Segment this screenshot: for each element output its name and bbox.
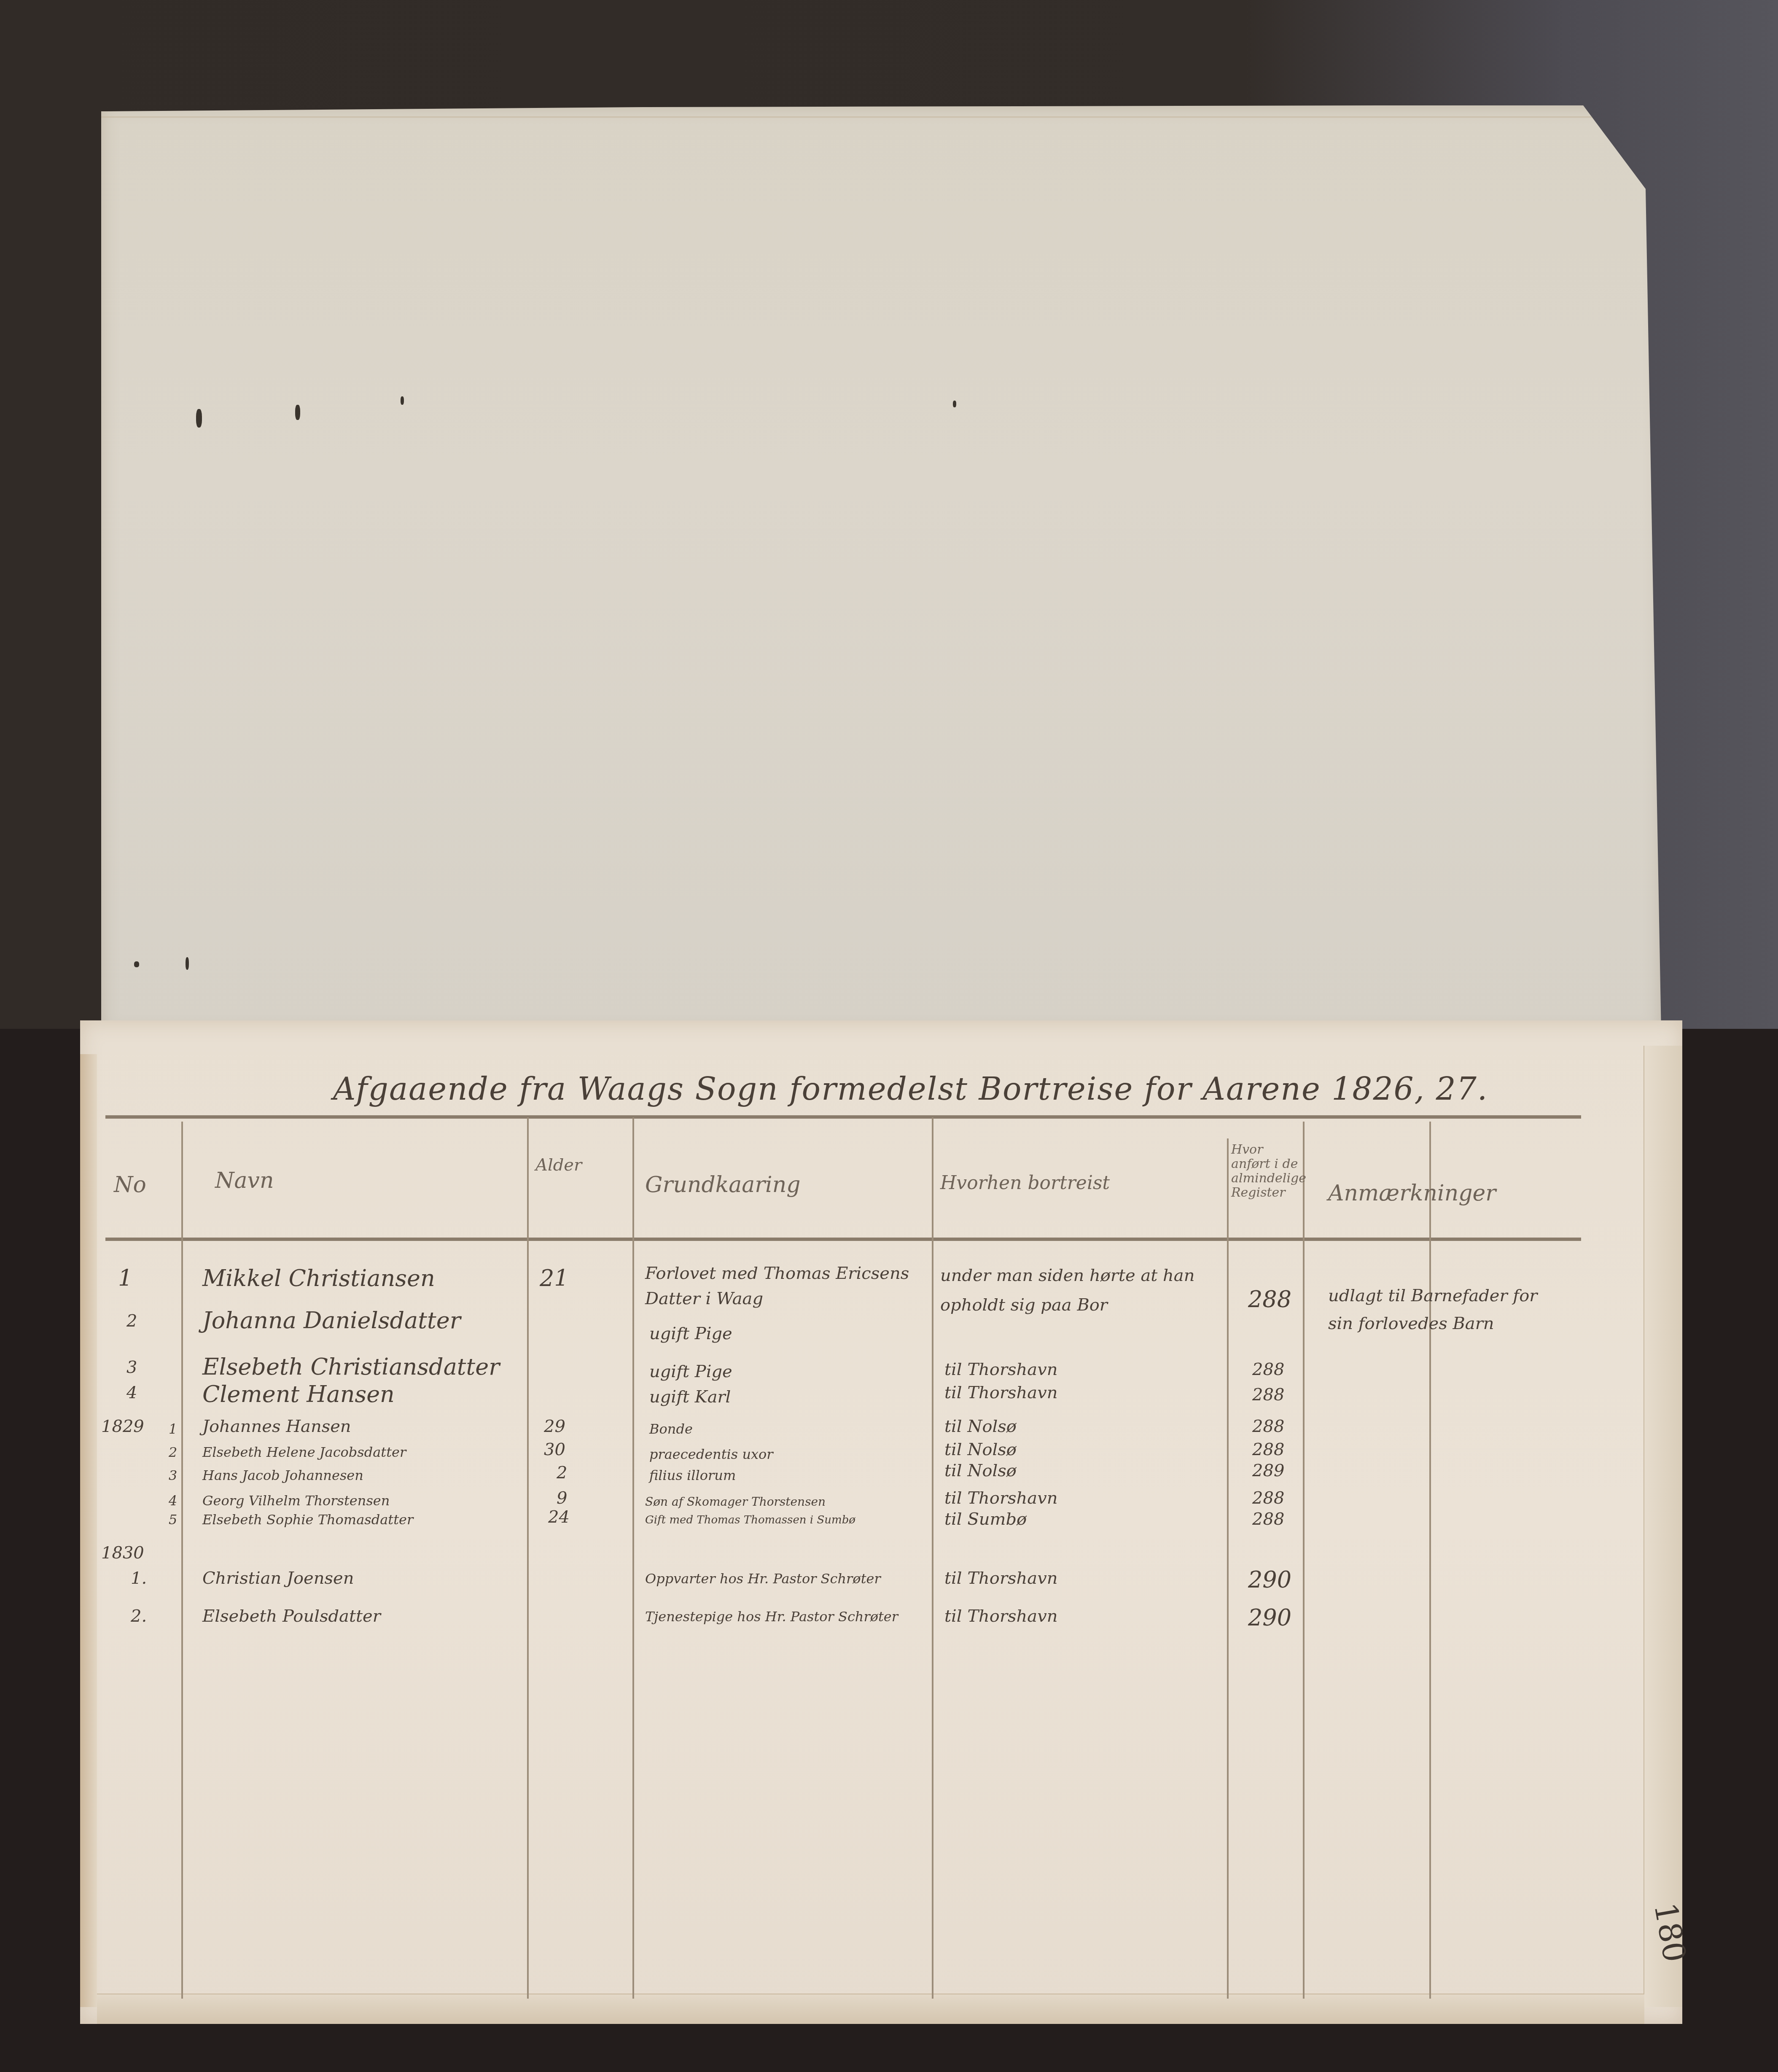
row-age: 2 (557, 1463, 567, 1483)
ink-speck (295, 405, 300, 420)
row-register-ref: 290 (1248, 1566, 1291, 1593)
column-header-register-ref: Hvor anført i de almindelige Register (1231, 1143, 1303, 1200)
row-destination: til Thorshavn (944, 1569, 1058, 1588)
row-status: filius illorum (649, 1467, 736, 1483)
blank-verso-page (101, 105, 1661, 1033)
row-number: 3 (126, 1358, 137, 1377)
ink-speck (953, 401, 956, 407)
fold-line (101, 116, 1661, 118)
column-divider (1227, 1138, 1229, 1999)
row-name: Hans Jacob Johannesen (202, 1467, 363, 1483)
column-header-remarks: Anmærkninger (1328, 1181, 1496, 1206)
row-register-ref: 288 (1248, 1286, 1291, 1313)
row-name: Georg Vilhelm Thorstensen (202, 1493, 390, 1509)
header-top-rule (105, 1115, 1581, 1119)
row-number: 4 (126, 1383, 137, 1402)
row-destination: til Sumbø (944, 1510, 1027, 1529)
column-header-no: No (114, 1172, 146, 1197)
row-status: ugift Pige (649, 1324, 732, 1343)
row-register-ref: 289 (1252, 1461, 1284, 1480)
row-name: Elsebeth Sophie Thomasdatter (202, 1512, 413, 1528)
row-age: 30 (544, 1440, 565, 1459)
row-age: 24 (548, 1507, 570, 1527)
row-register-ref: 288 (1252, 1510, 1284, 1529)
row-name: Elsebeth Helene Jacobsdatter (202, 1444, 406, 1460)
row-register-ref: 288 (1252, 1385, 1284, 1405)
row-register-ref: 288 (1252, 1440, 1284, 1459)
row-age: 9 (557, 1488, 567, 1508)
ink-speck (196, 409, 202, 428)
row-age: 21 (540, 1265, 569, 1292)
row-destination: under man siden hørte at han opholdt sig… (940, 1261, 1223, 1320)
ink-speck (186, 957, 189, 970)
row-status: ugift Karl (649, 1387, 731, 1407)
row-register-ref: 288 (1252, 1417, 1284, 1436)
row-destination: til Thorshavn (944, 1606, 1058, 1626)
ledger-page: Afgaaende fra Waags Sogn formedelst Bort… (80, 1020, 1682, 2024)
header-bottom-rule (105, 1238, 1581, 1241)
row-age: 29 (544, 1417, 565, 1436)
row-name: Mikkel Christiansen (202, 1265, 435, 1292)
row-register-ref: 290 (1248, 1604, 1291, 1631)
column-header-destination: Hvorhen bortreist (940, 1172, 1110, 1194)
ink-speck (401, 396, 404, 405)
row-remarks: udlagt til Barnefader for sin forlovedes… (1328, 1282, 1564, 1337)
row-number: 3 (169, 1467, 177, 1483)
column-divider (1303, 1122, 1305, 1999)
row-register-ref: 288 (1252, 1488, 1284, 1508)
row-number: 1. (131, 1569, 147, 1588)
row-year: 1829 (101, 1417, 144, 1436)
row-name: Elsebeth Poulsdatter (202, 1606, 381, 1626)
row-number: 5 (169, 1512, 177, 1528)
row-destination: til Nolsø (944, 1461, 1017, 1480)
column-header-age: Alder (535, 1155, 582, 1175)
row-status: ugift Pige (649, 1362, 732, 1381)
page-title: Afgaaende fra Waags Sogn formedelst Bort… (333, 1071, 1488, 1107)
row-number: 4 (169, 1493, 177, 1509)
row-number: 1 (118, 1265, 132, 1292)
row-name: Clement Hansen (202, 1381, 395, 1407)
ink-speck (134, 961, 139, 967)
column-divider (1429, 1122, 1431, 1999)
row-destination: til Thorshavn (944, 1360, 1058, 1379)
column-divider (527, 1117, 529, 1999)
row-year: 1830 (101, 1543, 144, 1563)
row-status: Søn af Skomager Thorstensen (645, 1495, 826, 1509)
page-edge-right (1644, 1046, 1682, 2007)
row-destination: til Thorshavn (944, 1383, 1058, 1402)
row-name: Johanna Danielsdatter (202, 1307, 460, 1334)
column-divider (932, 1117, 933, 1999)
row-destination: til Thorshavn (944, 1488, 1058, 1508)
row-status: Gift med Thomas Thomassen i Sumbø (645, 1514, 855, 1526)
column-header-name: Navn (215, 1168, 274, 1193)
page-edge-bottom (97, 1994, 1644, 2024)
row-number: 2 (126, 1311, 137, 1331)
column-header-status: Grundkaaring (645, 1172, 800, 1197)
row-destination: til Nolsø (944, 1440, 1017, 1459)
row-status: Forlovet med Thomas Ericsens Datter i Wa… (645, 1261, 928, 1311)
row-number: 1 (169, 1421, 177, 1437)
row-number: 2. (131, 1606, 147, 1626)
row-register-ref: 288 (1252, 1360, 1284, 1379)
column-divider (632, 1117, 634, 1999)
row-destination: til Nolsø (944, 1417, 1017, 1436)
row-status: Bonde (649, 1421, 693, 1437)
row-name: Johannes Hansen (202, 1417, 351, 1436)
row-number: 2 (169, 1444, 177, 1460)
row-status: Tjenestepige hos Hr. Pastor Schrøter (645, 1609, 898, 1625)
page-edge-left (80, 1054, 97, 2007)
row-status: Oppvarter hos Hr. Pastor Schrøter (645, 1571, 881, 1587)
column-divider (181, 1122, 183, 1999)
row-name: Christian Joensen (202, 1569, 354, 1588)
row-status: praecedentis uxor (649, 1446, 773, 1462)
row-name: Elsebeth Christiansdatter (202, 1354, 500, 1380)
